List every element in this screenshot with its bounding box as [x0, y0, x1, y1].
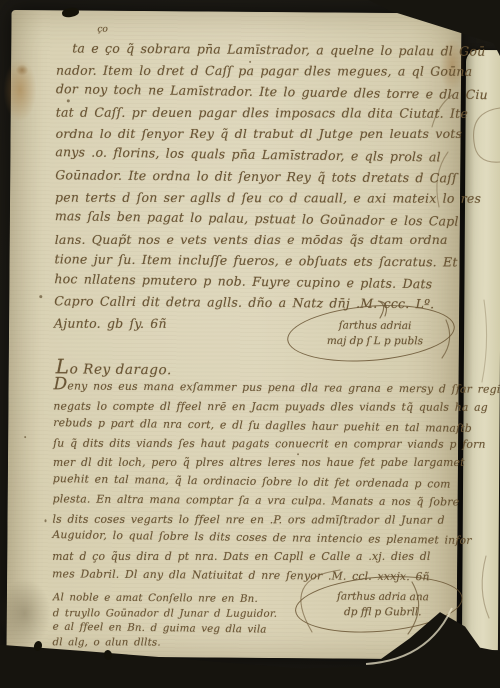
- paragraph-2: Deny nos eus mana exſammer pus pena dla …: [52, 375, 458, 587]
- manuscript-text-line: d truyllo Goūnador dl Junar d Luguidor.: [53, 607, 283, 622]
- ink-speck: [45, 519, 47, 522]
- manuscript-text-line: mat d ço q̃us dira d pt nra. Dats en Cap…: [52, 548, 456, 567]
- manuscript-text-line: ſarthus adria ana: [313, 589, 453, 605]
- notary-signature-2: ſarthus adria anadp ffl p Gubrll.: [313, 589, 453, 620]
- interlinear-note: ço: [97, 25, 108, 35]
- manuscript-text-line: maj dp ſ L p publs: [305, 334, 445, 349]
- address-block: Al noble e amat Conſello nre en Bn.d tru…: [52, 591, 282, 652]
- ink-speck: [39, 295, 42, 298]
- manuscript-text-line: Deny nos eus mana exſammer pus pena dla …: [53, 375, 457, 399]
- paragraph-1: ta e ço q̃ sobrara pn̄a Lamīstrador, a q…: [54, 37, 456, 335]
- manuscript-page: ço ta e ço q̃ sobrara pn̄a Lamīstrador, …: [6, 10, 461, 660]
- manuscript-text-line: ſarthus adriai: [305, 318, 445, 334]
- manuscript-text-line: ta e ço q̃ sobrara pn̄a Lamīstrador, a q…: [56, 37, 456, 61]
- manuscript-text-line: dp ffl p Gubrll.: [313, 605, 453, 620]
- notary-signature-1: ſarthus adriaimaj dp ſ L p publs: [305, 318, 445, 349]
- ink-speck: [24, 436, 26, 438]
- manuscript-text-line: mas ſals ben pagat lo palau, pstuat lo G…: [55, 205, 455, 232]
- manuscript-text-line: dl alg, o alun dllts.: [53, 637, 283, 652]
- manuscript-text-line: ſu q̃ dits dits viands ſes haut pagats c…: [53, 435, 457, 455]
- manuscript-text-line: Goūnador. Ite ordna lo dit ſenyor Rey q̃…: [55, 164, 455, 188]
- manuscript-text-line: Al noble e amat Conſello nre en Bn.: [53, 591, 283, 608]
- manuscript-text-line: tat d Caſſ. pr deuen pagar dles imposacs…: [56, 102, 456, 124]
- ink-stain: [0, 46, 43, 134]
- manuscript-photo: ço ta e ço q̃ sobrara pn̄a Lamīstrador, …: [0, 0, 500, 688]
- manuscript-text-line: lans. Quap̃t nos e vets vents dias e mōd…: [55, 229, 455, 250]
- next-page-edge: [462, 50, 500, 650]
- ink-stain: [13, 62, 31, 78]
